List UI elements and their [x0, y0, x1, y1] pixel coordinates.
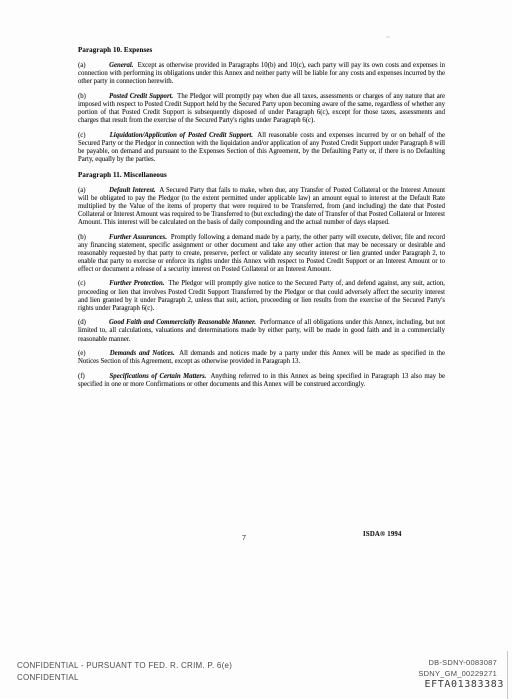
page-number: 7 — [228, 533, 260, 542]
document-body: Paragraph 10. Expenses (a) General. Exce… — [78, 46, 445, 396]
paragraph-text: Except as otherwise provided in Paragrap… — [78, 62, 445, 85]
paragraph-label: (c) — [78, 280, 107, 288]
paragraph-title: Default Interest. — [109, 187, 155, 194]
paragraph-10b: (b) Posted Credit Support. The Pledgor w… — [78, 93, 445, 125]
paragraph-11f: (f) Specifications of Certain Matters. A… — [78, 373, 445, 389]
bates-number-efta: EFTA01383383 — [418, 679, 504, 690]
bates-number-sdny: SDNY_GM_00229271 — [418, 668, 497, 679]
section-paragraph-10: Paragraph 10. Expenses (a) General. Exce… — [78, 46, 445, 164]
paragraph-label: (c) — [78, 132, 107, 140]
paragraph-title: Specifications of Certain Matters. — [110, 373, 207, 380]
paragraph-11c: (c) Further Protection. The Pledgor will… — [78, 280, 445, 312]
section-heading: Paragraph 11. Miscellaneous — [78, 171, 445, 179]
paragraph-label: (b) — [78, 234, 107, 242]
paragraph-label: (a) — [78, 187, 107, 195]
section-heading: Paragraph 10. Expenses — [78, 46, 445, 54]
paragraph-label: (a) — [78, 62, 107, 70]
paragraph-11e: (e) Demands and Notices. All demands and… — [78, 350, 445, 366]
paragraph-11d: (d) Good Faith and Commercially Reasonab… — [78, 319, 445, 343]
paragraph-11a: (a) Default Interest. A Secured Party th… — [78, 187, 445, 227]
scanned-document-page: Paragraph 10. Expenses (a) General. Exce… — [0, 0, 512, 699]
section-paragraph-11: Paragraph 11. Miscellaneous (a) Default … — [78, 171, 445, 389]
paragraph-label: (f) — [78, 373, 107, 381]
bates-number-db: DB-SDNY-0083087 — [418, 657, 497, 668]
scan-speck-artifact — [386, 36, 390, 38]
confidentiality-stamp-line1: CONFIDENTIAL - PURSUANT TO FED. R. CRIM.… — [17, 660, 232, 672]
paragraph-title: Demands and Notices. — [110, 350, 175, 357]
paragraph-label: (b) — [78, 93, 107, 101]
paragraph-11b: (b) Further Assurances. Promptly followi… — [78, 234, 445, 274]
paragraph-title: Posted Credit Support. — [109, 93, 173, 100]
bates-numbers: DB-SDNY-0083087 SDNY_GM_00229271 EFTA013… — [418, 657, 497, 690]
paragraph-title: Good Faith and Commercially Reasonable M… — [109, 319, 256, 326]
confidentiality-stamp-line2: CONFIDENTIAL — [17, 672, 232, 684]
paragraph-title: Liquidation/Application of Posted Credit… — [110, 132, 253, 139]
paragraph-label: (e) — [78, 350, 107, 358]
confidentiality-stamp: CONFIDENTIAL - PURSUANT TO FED. R. CRIM.… — [17, 660, 232, 683]
scan-edge-artifact — [507, 651, 508, 699]
paragraph-10a: (a) General. Except as otherwise provide… — [78, 62, 445, 86]
paragraph-title: General. — [109, 62, 133, 69]
paragraph-10c: (c) Liquidation/Application of Posted Cr… — [78, 132, 445, 164]
isda-copyright-mark: ISDA® 1994 — [363, 531, 402, 538]
paragraph-title: Further Protection. — [109, 280, 164, 287]
paragraph-title: Further Assurances. — [109, 234, 167, 241]
